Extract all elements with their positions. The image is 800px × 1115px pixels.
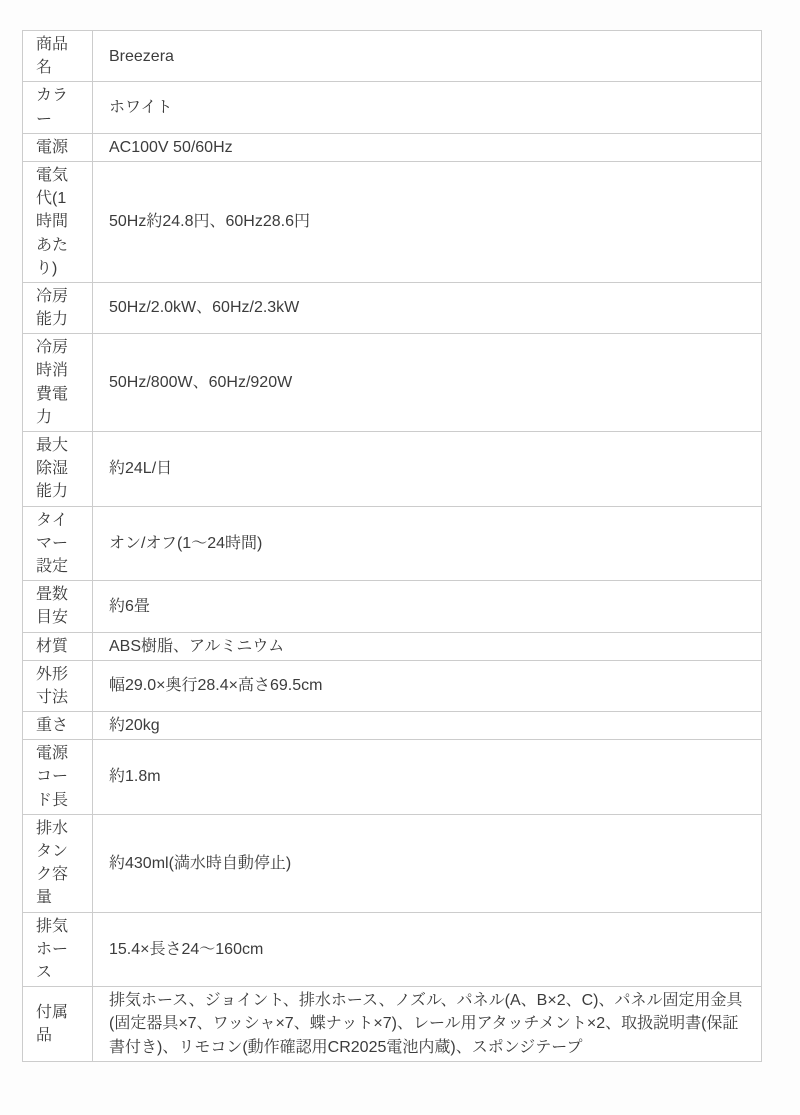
spec-label: 冷房能力 bbox=[23, 282, 93, 333]
spec-value: 約430ml(満水時自動停止) bbox=[93, 814, 762, 912]
spec-value: オン/オフ(1〜24時間) bbox=[93, 506, 762, 581]
spec-label: 付属品 bbox=[23, 987, 93, 1062]
spec-row: 冷房時消費電力 50Hz/800W、60Hz/920W bbox=[23, 334, 762, 432]
spec-value: 幅29.0×奥行28.4×高さ69.5cm bbox=[93, 660, 762, 711]
spec-row: カラー ホワイト bbox=[23, 82, 762, 133]
spec-value: AC100V 50/60Hz bbox=[93, 133, 762, 161]
spec-value: 15.4×長さ24〜160cm bbox=[93, 912, 762, 987]
spec-row: 電源コード長 約1.8m bbox=[23, 740, 762, 815]
spec-label: 材質 bbox=[23, 632, 93, 660]
spec-label: 排水タンク容量 bbox=[23, 814, 93, 912]
spec-value: ABS樹脂、アルミニウム bbox=[93, 632, 762, 660]
spec-label: 冷房時消費電力 bbox=[23, 334, 93, 432]
spec-label: 電気代(1時間あたり) bbox=[23, 161, 93, 282]
spec-value: 排気ホース、ジョイント、排水ホース、ノズル、パネル(A、B×2、C)、パネル固定… bbox=[93, 987, 762, 1062]
spec-value: 50Hz/2.0kW、60Hz/2.3kW bbox=[93, 282, 762, 333]
spec-row: 最大除湿能力 約24L/日 bbox=[23, 432, 762, 507]
spec-value: 約6畳 bbox=[93, 581, 762, 632]
spec-row: 排気ホース 15.4×長さ24〜160cm bbox=[23, 912, 762, 987]
spec-value: 50Hz/800W、60Hz/920W bbox=[93, 334, 762, 432]
spec-row: 畳数目安 約6畳 bbox=[23, 581, 762, 632]
spec-label: 排気ホース bbox=[23, 912, 93, 987]
spec-row: 排水タンク容量 約430ml(満水時自動停止) bbox=[23, 814, 762, 912]
spec-value: Breezera bbox=[93, 31, 762, 82]
spec-value: 約20kg bbox=[93, 712, 762, 740]
spec-label: 外形寸法 bbox=[23, 660, 93, 711]
spec-row: 重さ 約20kg bbox=[23, 712, 762, 740]
spec-label: 電源 bbox=[23, 133, 93, 161]
product-spec-section: 商品名 Breezera カラー ホワイト 電源 AC100V 50/60Hz … bbox=[22, 30, 762, 1062]
spec-label: 重さ bbox=[23, 712, 93, 740]
spec-label: タイマー設定 bbox=[23, 506, 93, 581]
spec-row: 電気代(1時間あたり) 50Hz約24.8円、60Hz28.6円 bbox=[23, 161, 762, 282]
product-spec-table: 商品名 Breezera カラー ホワイト 電源 AC100V 50/60Hz … bbox=[22, 30, 762, 1062]
spec-value: 50Hz約24.8円、60Hz28.6円 bbox=[93, 161, 762, 282]
spec-label: 商品名 bbox=[23, 31, 93, 82]
spec-row: 材質 ABS樹脂、アルミニウム bbox=[23, 632, 762, 660]
spec-row: 付属品 排気ホース、ジョイント、排水ホース、ノズル、パネル(A、B×2、C)、パ… bbox=[23, 987, 762, 1062]
spec-row: 冷房能力 50Hz/2.0kW、60Hz/2.3kW bbox=[23, 282, 762, 333]
spec-value: 約24L/日 bbox=[93, 432, 762, 507]
spec-label: 電源コード長 bbox=[23, 740, 93, 815]
spec-value: ホワイト bbox=[93, 82, 762, 133]
spec-row: 電源 AC100V 50/60Hz bbox=[23, 133, 762, 161]
spec-label: 畳数目安 bbox=[23, 581, 93, 632]
spec-row: 外形寸法 幅29.0×奥行28.4×高さ69.5cm bbox=[23, 660, 762, 711]
spec-row: 商品名 Breezera bbox=[23, 31, 762, 82]
spec-label: カラー bbox=[23, 82, 93, 133]
spec-row: タイマー設定 オン/オフ(1〜24時間) bbox=[23, 506, 762, 581]
spec-value: 約1.8m bbox=[93, 740, 762, 815]
spec-label: 最大除湿能力 bbox=[23, 432, 93, 507]
